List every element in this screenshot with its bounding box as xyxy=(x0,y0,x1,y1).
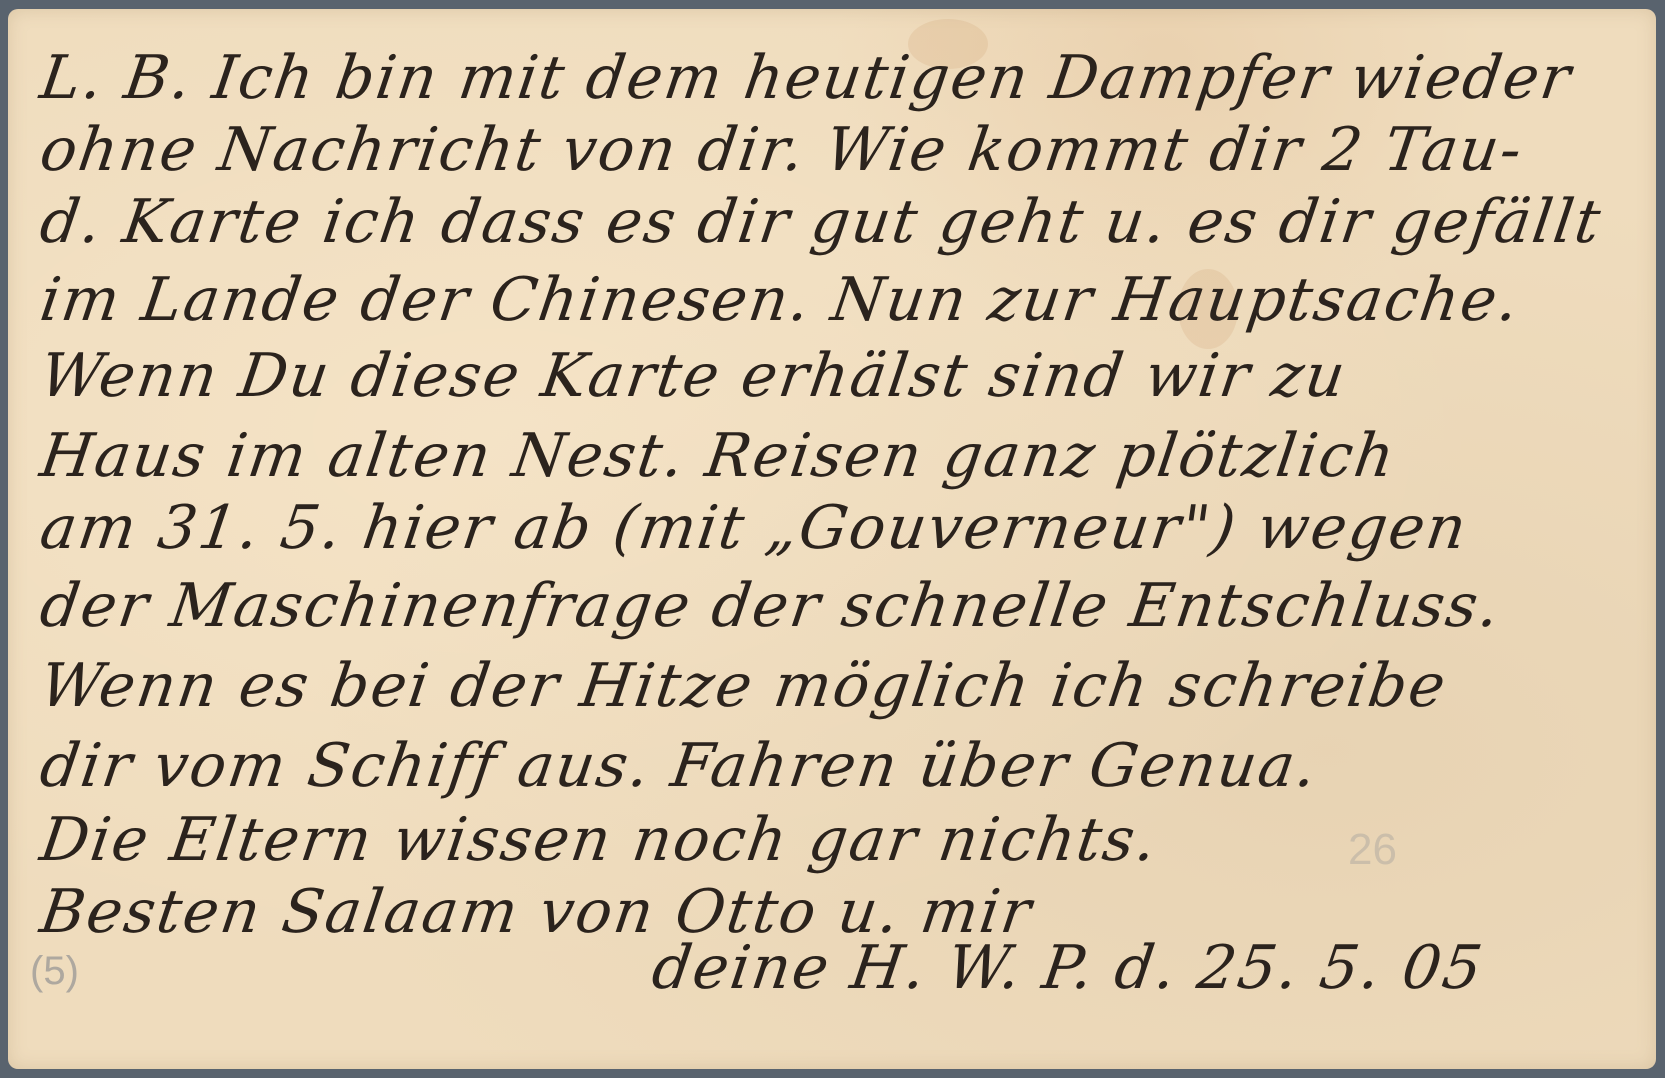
handwriting-line-8: der Maschinenfrage der schnelle Entschlu… xyxy=(36,571,1505,641)
handwriting-line-10: dir vom Schiff aus. Fahren über Genua. xyxy=(36,731,1322,801)
handwriting-line-1: L. B. Ich bin mit dem heutigen Dampfer w… xyxy=(36,43,1577,113)
handwriting-line-6: Haus im alten Nest. Reisen ganz plötzlic… xyxy=(36,421,1400,491)
handwriting-line-9: Wenn es bei der Hitze möglich ich schrei… xyxy=(36,651,1451,721)
signature-and-date: deine H. W. P. d. 25. 5. 05 xyxy=(648,933,1488,1003)
handwriting-line-4: im Lande der Chinesen. Nun zur Hauptsach… xyxy=(36,265,1524,335)
pencil-annotation-number: (5) xyxy=(30,949,79,994)
handwriting-line-11: Die Eltern wissen noch gar nichts. xyxy=(36,805,1162,875)
handwriting-line-5: Wenn Du diese Karte erhälst sind wir zu xyxy=(36,341,1351,411)
faint-pencil-number: 26 xyxy=(1348,825,1397,875)
handwriting-line-7: am 31. 5. hier ab (mit „Gouverneur") weg… xyxy=(36,493,1472,563)
handwriting-line-3: d. Karte ich dass es dir gut geht u. es … xyxy=(36,187,1606,257)
handwriting-line-2: ohne Nachricht von dir. Wie kommt dir 2 … xyxy=(36,115,1528,185)
postcard: L. B. Ich bin mit dem heutigen Dampfer w… xyxy=(8,9,1656,1069)
